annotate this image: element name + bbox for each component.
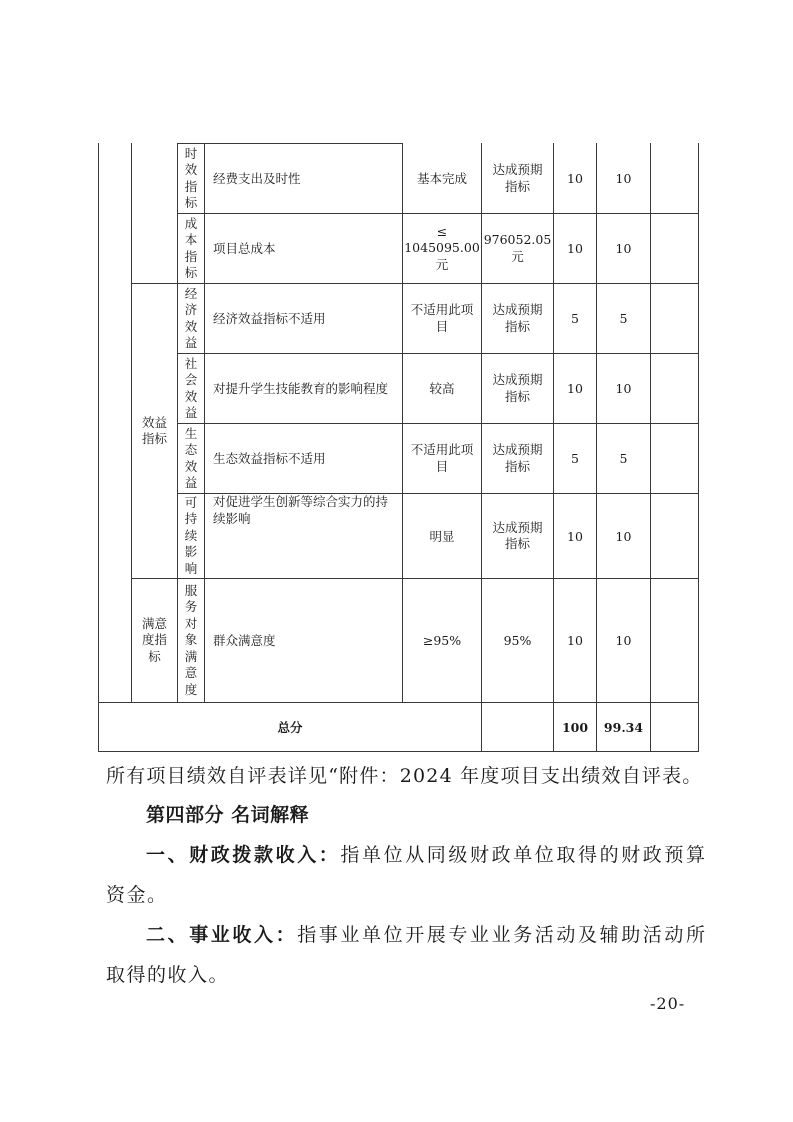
char: 指 <box>185 179 198 196</box>
char: 务 <box>185 599 198 616</box>
total-score-cell: 99.34 <box>597 703 650 751</box>
char: 响 <box>185 561 198 578</box>
text-line: 976052.05 <box>484 232 552 249</box>
char: 持 <box>185 511 198 528</box>
char: 效 <box>185 162 198 179</box>
level3-indicator-cell: 经 济 效 益 <box>178 284 204 353</box>
actual-value-cell: 达成预期 指标 <box>482 144 553 213</box>
term-definition-1-cont: 资金。 <box>106 882 168 908</box>
score-cell: 10 <box>597 579 650 702</box>
text-line: 元 <box>511 249 524 266</box>
text-line: 目 <box>436 319 449 336</box>
char: 益 <box>185 405 198 422</box>
text-line: 1045095.00 <box>404 240 480 257</box>
level3-indicator-cell: 生 态 效 益 <box>178 424 204 493</box>
weight-cell: 5 <box>554 284 596 353</box>
char: 对 <box>185 616 198 633</box>
total-weight-cell: 100 <box>554 703 596 751</box>
text-line: 达成预期 <box>492 162 542 179</box>
indicator-name-cell: 项目总成本 <box>205 214 402 283</box>
weight-cell: 10 <box>554 214 596 283</box>
weight-cell: 10 <box>554 494 596 578</box>
char: 会 <box>185 372 198 389</box>
text-line: 度指 <box>142 632 167 649</box>
char: 标 <box>185 265 198 282</box>
text-line: 指标 <box>505 536 530 553</box>
table-border-bottom <box>98 751 699 752</box>
text-line: 满意 <box>142 616 167 633</box>
weight-cell: 10 <box>554 144 596 213</box>
score-cell: 5 <box>597 284 650 353</box>
char: 经 <box>185 286 198 303</box>
weight-cell: 10 <box>554 579 596 702</box>
total-label-cell: 总分 <box>99 703 481 751</box>
level2-indicator-satisfaction: 满意 度指 标 <box>132 579 177 702</box>
actual-value-cell: 976052.05 元 <box>482 214 553 283</box>
text-line: 标 <box>148 649 161 666</box>
indicator-name-cell: 经济效益指标不适用 <box>205 284 402 353</box>
indicator-name-cell: 经费支出及时性 <box>205 144 402 213</box>
level3-indicator-cell: 成 本 指 标 <box>178 214 204 283</box>
text-line: ≤ <box>437 224 447 241</box>
section-title: 第四部分 名词解释 <box>146 802 309 828</box>
actual-value-cell: 达成预期 指标 <box>482 284 553 353</box>
text-line: 效益 <box>142 415 167 432</box>
text-line: 对促进学生创新等综合实力的持 <box>213 494 388 511</box>
actual-value-cell: 达成预期 指标 <box>482 424 553 493</box>
text-line: 达成预期 <box>492 520 542 537</box>
term-label: 二、事业收入： <box>146 924 297 946</box>
actual-value-cell: 达成预期 指标 <box>482 354 553 423</box>
char: 本 <box>185 232 198 249</box>
term-label: 一、财政拨款收入： <box>146 844 340 866</box>
col-line <box>650 143 651 752</box>
target-value-cell: ≥95% <box>403 579 481 702</box>
paragraph-attachment-note: 所有项目绩效自评表详见“附件：2024 年度项目支出绩效自评表。 <box>106 763 703 789</box>
table-border-left <box>98 143 99 752</box>
indicator-name-cell: 生态效益指标不适用 <box>205 424 402 493</box>
char: 济 <box>185 302 198 319</box>
char: 影 <box>185 544 198 561</box>
score-cell: 10 <box>597 144 650 213</box>
char: 满 <box>185 649 198 666</box>
char: 成 <box>185 216 198 233</box>
level3-indicator-cell: 社 会 效 益 <box>178 354 204 423</box>
text-line: 不适用此项 <box>411 442 474 459</box>
text-line: 达成预期 <box>492 442 542 459</box>
char: 时 <box>185 146 198 163</box>
char: 象 <box>185 632 198 649</box>
score-cell: 10 <box>597 494 650 578</box>
term-text: 指事业单位开展专业业务活动及辅助活动所 <box>297 924 707 946</box>
char: 社 <box>185 356 198 373</box>
text-line: 目 <box>436 459 449 476</box>
target-value-cell: ≤ 1045095.00 元 <box>403 214 481 283</box>
char: 态 <box>185 442 198 459</box>
char: 生 <box>185 426 198 443</box>
score-cell: 5 <box>597 424 650 493</box>
level2-indicator-benefit: 效益 指标 <box>132 284 177 578</box>
char: 可 <box>185 495 198 512</box>
char: 标 <box>185 195 198 212</box>
text-line: 达成预期 <box>492 302 542 319</box>
text-line: 指标 <box>505 179 530 196</box>
term-definition-2-cont: 取得的收入。 <box>106 962 229 988</box>
actual-value-cell: 达成预期 指标 <box>482 494 553 578</box>
indicator-name-cell: 对提升学生技能教育的影响程度 <box>205 354 402 423</box>
actual-value-cell: 95% <box>482 579 553 702</box>
char: 效 <box>185 459 198 476</box>
text-line: 达成预期 <box>492 372 542 389</box>
char: 益 <box>185 475 198 492</box>
char: 意 <box>185 665 198 682</box>
score-cell: 10 <box>597 354 650 423</box>
target-value-cell: 基本完成 <box>403 144 481 213</box>
text-line: 元 <box>436 257 449 274</box>
term-definition-1: 一、财政拨款收入：指单位从同级财政单位取得的财政预算 <box>146 842 708 868</box>
char: 效 <box>185 319 198 336</box>
performance-evaluation-table: 时 效 指 标 经费支出及时性 基本完成 达成预期 指标 10 10 成 本 指… <box>0 0 793 760</box>
char: 度 <box>185 682 198 699</box>
table-border-right <box>698 143 699 752</box>
char: 续 <box>185 528 198 545</box>
level3-indicator-cell: 可 持 续 影 响 <box>178 494 204 578</box>
char: 效 <box>185 389 198 406</box>
score-cell: 10 <box>597 214 650 283</box>
text-line: 指标 <box>505 319 530 336</box>
text-line: 不适用此项 <box>411 302 474 319</box>
term-text: 指单位从同级财政单位取得的财政预算 <box>340 844 707 866</box>
weight-cell: 5 <box>554 424 596 493</box>
indicator-name-cell: 对促进学生创新等综合实力的持 续影响 <box>205 494 402 578</box>
target-value-cell: 较高 <box>403 354 481 423</box>
level3-indicator-cell: 服 务 对 象 满 意 度 <box>178 579 204 702</box>
text-line: 指标 <box>142 431 167 448</box>
target-value-cell: 不适用此项 目 <box>403 284 481 353</box>
indicator-name-cell: 群众满意度 <box>205 579 402 702</box>
level3-indicator-cell: 时 效 指 标 <box>178 144 204 213</box>
term-definition-2: 二、事业收入：指事业单位开展专业业务活动及辅助活动所 <box>146 922 708 948</box>
target-value-cell: 不适用此项 目 <box>403 424 481 493</box>
page-number: -20- <box>650 994 685 1013</box>
char: 服 <box>185 583 198 600</box>
target-value-cell: 明显 <box>403 494 481 578</box>
char: 指 <box>185 249 198 266</box>
weight-cell: 10 <box>554 354 596 423</box>
char: 益 <box>185 335 198 352</box>
text-line: 指标 <box>505 459 530 476</box>
text-line: 指标 <box>505 389 530 406</box>
text-line: 续影响 <box>213 511 251 528</box>
